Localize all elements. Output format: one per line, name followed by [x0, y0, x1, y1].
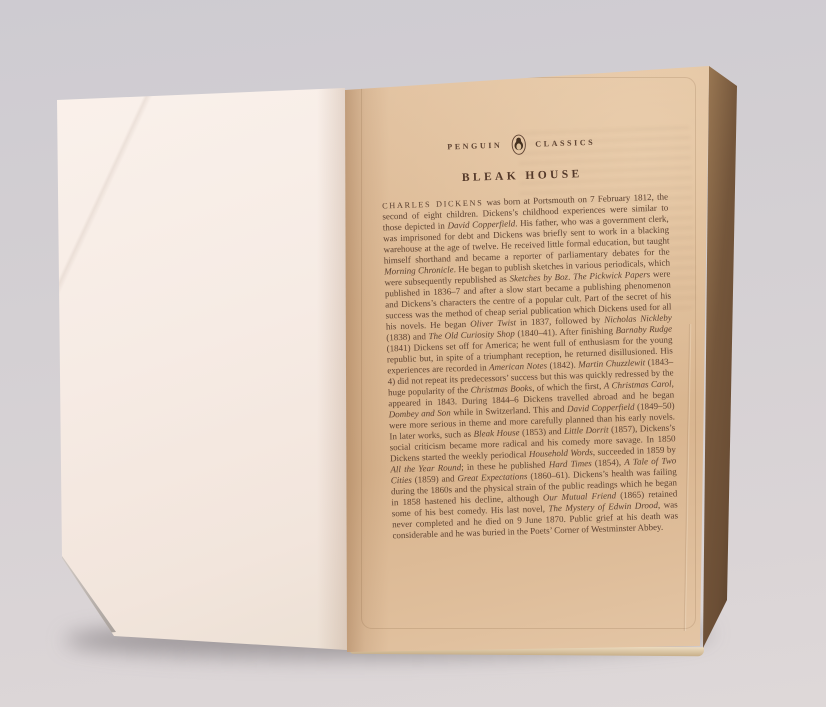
bio-text-segment: Christmas Books: [471, 383, 533, 395]
book-title: BLEAK HOUSE: [339, 164, 705, 187]
publisher-imprint: PENGUIN CLASSICS: [338, 128, 704, 160]
bio-text-segment: Sketches by Boz: [509, 272, 568, 284]
bio-text-segment: (1859) and: [412, 473, 458, 484]
bio-paragraph: CHARLES DICKENS was born at Portsmouth o…: [382, 192, 679, 542]
bio-text-segment: (1842).: [547, 359, 579, 370]
book-photo-scene: PENGUIN CLASSICS BLEAK HOUSE CHARLES DIC…: [0, 0, 826, 707]
bio-text-segment: American Notes: [489, 360, 547, 372]
gutter-shadow-left: [317, 84, 347, 654]
page-content: PENGUIN CLASSICS BLEAK HOUSE CHARLES DIC…: [336, 58, 720, 659]
bio-text-segment: Dombey and Son: [389, 407, 451, 419]
bio-text-segment: (1838) and: [386, 331, 429, 342]
bio-text-segment: Barnaby Rudge: [615, 323, 672, 335]
bio-text-segment: Household Words: [529, 447, 593, 459]
right-title-page: PENGUIN CLASSICS BLEAK HOUSE CHARLES DIC…: [345, 64, 711, 654]
penguin-logo-icon: [511, 134, 527, 155]
left-blank-page: [54, 84, 347, 654]
imprint-penguin-label: PENGUIN: [447, 141, 502, 152]
bio-text-segment: Hard Times: [549, 458, 592, 469]
bio-text-segment: Little Dorrit: [564, 425, 609, 436]
bio-text-segment: Martin Chuzzlewit: [578, 357, 645, 369]
bio-text-segment: (1853) and: [519, 426, 564, 437]
bio-text-segment: Oliver Twist: [470, 317, 516, 328]
worn-corner-fold: [59, 552, 119, 638]
bio-text-segment: (1854),: [591, 457, 624, 468]
imprint-classics-label: CLASSICS: [535, 138, 595, 149]
bio-text-segment: Bleak House: [473, 427, 519, 438]
